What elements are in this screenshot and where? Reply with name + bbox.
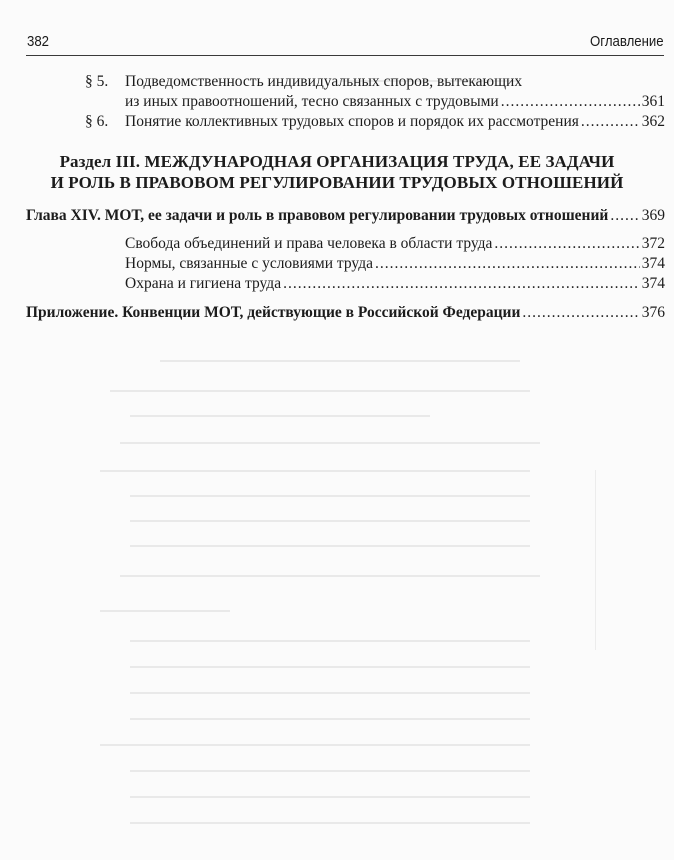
toc-entry-page: 369 <box>642 206 665 225</box>
toc-entry-title: Подведомственность индивидуальных споров… <box>125 72 522 91</box>
toc-entry-paragraph-5[interactable]: § 5. Подведомственность индивидуальных с… <box>85 72 665 112</box>
header-rule <box>26 55 664 56</box>
toc-entry-title-continued: из иных правоотношений, тесно связанных … <box>125 92 499 111</box>
toc-entry-title: Приложение. Конвенции МОТ, действующие в… <box>26 303 520 322</box>
toc-entry-subsection[interactable]: Нормы, связанные с условиями труда 374 <box>125 254 665 274</box>
toc-entry-page: 362 <box>642 112 665 131</box>
toc-entry-appendix[interactable]: Приложение. Конвенции МОТ, действующие в… <box>26 303 665 323</box>
toc-entry-page: 374 <box>642 254 665 273</box>
leader-dots <box>375 254 640 273</box>
toc-entry-page: 374 <box>642 274 665 293</box>
leader-dots <box>283 274 640 293</box>
leader-dots <box>494 234 639 253</box>
section-heading-line-2: И РОЛЬ В ПРАВОВОМ РЕГУЛИРОВАНИИ ТРУДОВЫХ… <box>0 172 674 193</box>
toc-entry-title: Свобода объединений и права человека в о… <box>125 234 492 253</box>
toc-entry-page: 361 <box>642 92 665 111</box>
paragraph-marker: § 6. <box>85 112 108 131</box>
toc-entry-title: Охрана и гигиена труда <box>125 274 281 293</box>
toc-entry-subsection[interactable]: Свобода объединений и права человека в о… <box>125 234 665 254</box>
toc-entry-page: 376 <box>642 303 665 322</box>
paragraph-marker: § 5. <box>85 72 108 91</box>
leader-dots <box>581 112 640 131</box>
toc-entry-page: 372 <box>642 234 665 253</box>
toc-entry-paragraph-6[interactable]: § 6. Понятие коллективных трудовых споро… <box>85 112 665 132</box>
toc-entry-subsection[interactable]: Охрана и гигиена труда 374 <box>125 274 665 294</box>
toc-entry-chapter-14[interactable]: Глава XIV. МОТ, ее задачи и роль в право… <box>26 206 665 226</box>
leader-dots <box>501 92 640 111</box>
toc-entry-title: Глава XIV. МОТ, ее задачи и роль в право… <box>26 206 608 225</box>
toc-entry-title: Нормы, связанные с условиями труда <box>125 254 373 273</box>
running-head: 382 Оглавление <box>27 33 664 55</box>
leader-dots <box>610 206 639 225</box>
leader-dots <box>522 303 639 322</box>
page-number: 382 <box>27 33 49 50</box>
running-head-title: Оглавление <box>590 33 664 50</box>
section-heading-line-1: Раздел III. МЕЖДУНАРОДНАЯ ОРГАНИЗАЦИЯ ТР… <box>0 151 674 172</box>
toc-entry-title: Понятие коллективных трудовых споров и п… <box>125 112 579 131</box>
